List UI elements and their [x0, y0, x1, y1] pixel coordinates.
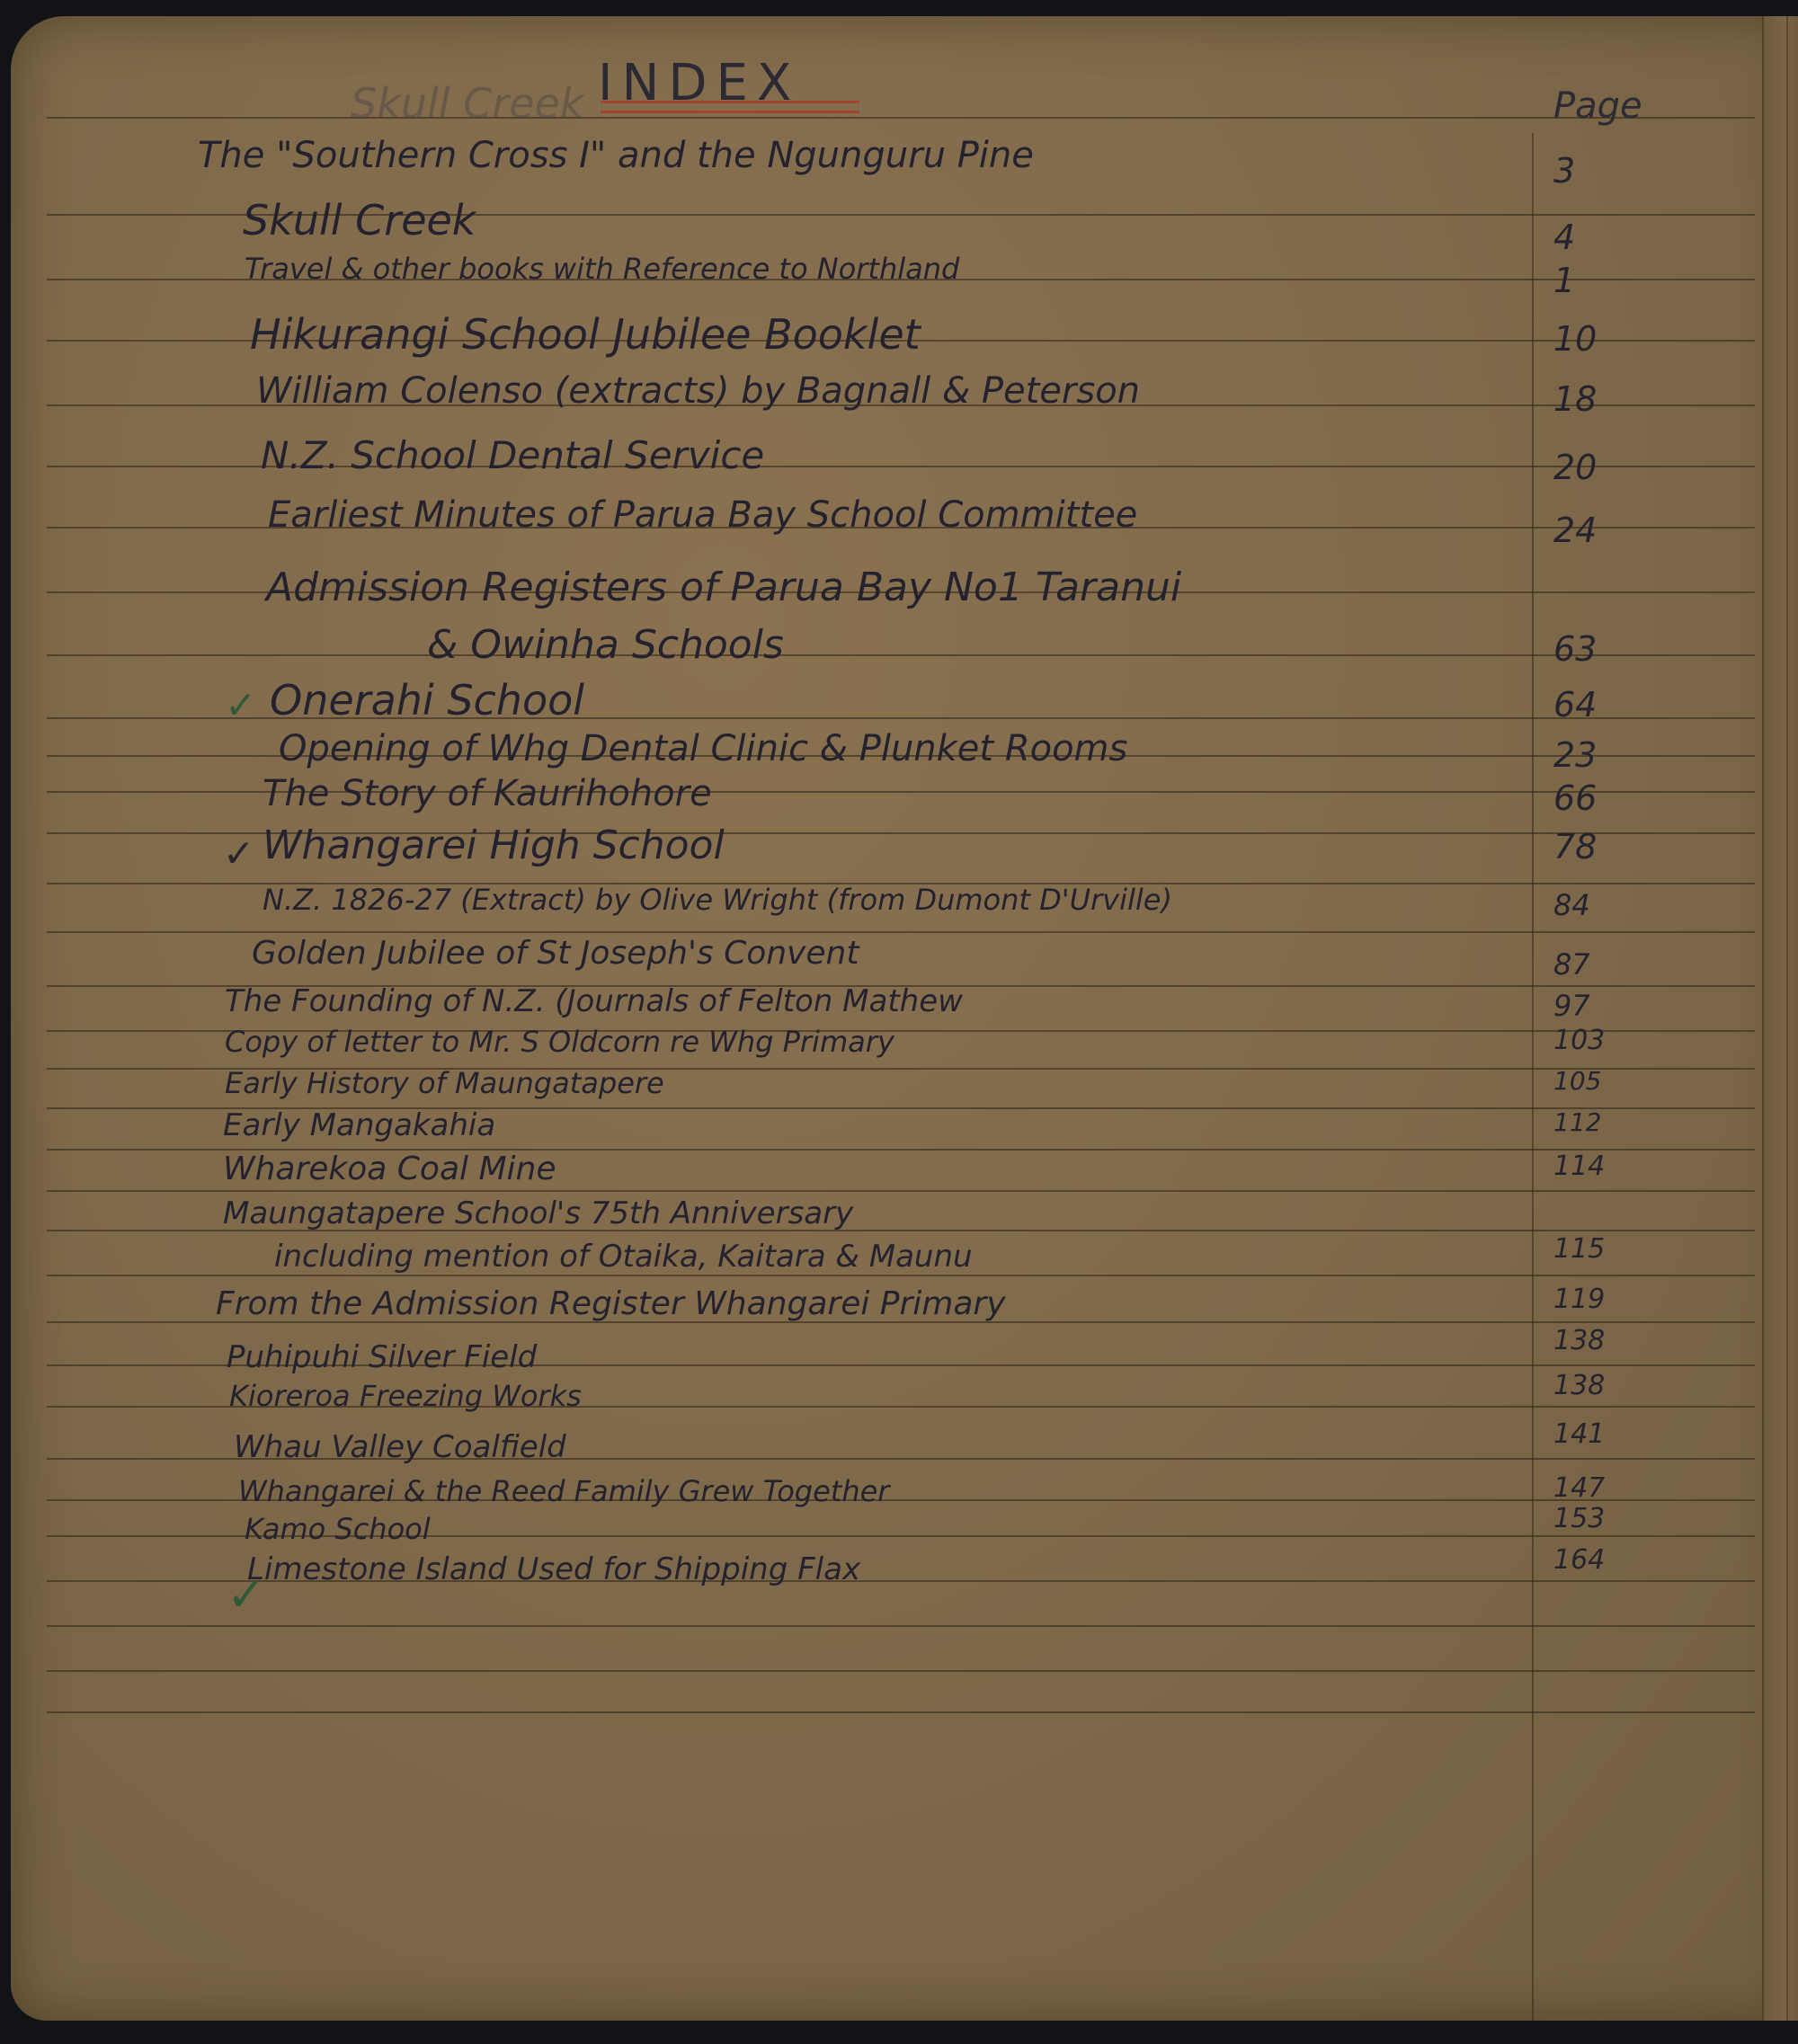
index-entry: & Owinha Schools — [427, 622, 784, 668]
page-number: 66 — [1553, 778, 1597, 818]
index-entry: Opening of Whg Dental Clinic & Plunket R… — [279, 728, 1127, 769]
spine-line — [1786, 16, 1788, 2021]
page-number: 64 — [1553, 685, 1597, 724]
page-number: 87 — [1553, 947, 1590, 982]
page-number: 112 — [1553, 1107, 1601, 1137]
page-number: 119 — [1553, 1284, 1605, 1315]
page-number: 103 — [1553, 1025, 1605, 1056]
index-entry: William Colenso (extracts) by Bagnall & … — [256, 370, 1140, 412]
page-number: 164 — [1553, 1544, 1605, 1576]
page-number: 78 — [1553, 827, 1597, 866]
page-number: 84 — [1553, 888, 1590, 922]
index-entry: including mention of Otaika, Kaitara & M… — [274, 1239, 973, 1275]
index-entry: Skull Creek — [243, 196, 476, 244]
page-number: 138 — [1553, 1370, 1605, 1401]
page-number: 10 — [1553, 319, 1597, 359]
page-number: 63 — [1553, 629, 1597, 669]
index-entry: Travel & other books with Reference to N… — [245, 252, 959, 286]
page-number: 153 — [1553, 1503, 1605, 1534]
index-entry: Copy of letter to Mr. S Oldcorn re Whg P… — [225, 1025, 895, 1059]
ruled-line — [47, 1275, 1755, 1276]
page-number: 138 — [1553, 1325, 1605, 1356]
index-entry: The "Southern Cross I" and the Ngunguru … — [198, 135, 1034, 176]
index-entry: Whangarei & the Reed Family Grew Togethe… — [238, 1474, 889, 1508]
index-entry: Kioreroa Freezing Works — [229, 1379, 582, 1413]
page-number: 147 — [1553, 1472, 1605, 1504]
page-number: 115 — [1553, 1233, 1605, 1265]
index-entry: The Story of Kaurihohore — [263, 773, 712, 814]
index-entry: Limestone Island Used for Shipping Flax — [247, 1551, 860, 1587]
checkmark-icon: ✓ — [223, 831, 254, 875]
page-number: 97 — [1553, 989, 1590, 1023]
page-number: 23 — [1553, 735, 1597, 775]
index-entry: The Founding of N.Z. (Journals of Felton… — [225, 983, 963, 1019]
page-number: 20 — [1553, 448, 1597, 487]
index-entry: Whau Valley Coalfield — [234, 1429, 566, 1465]
index-entry: Golden Jubilee of St Joseph's Convent — [252, 935, 859, 972]
page-number: 141 — [1553, 1418, 1605, 1450]
page-spine — [1762, 16, 1798, 2021]
page-number: 4 — [1553, 218, 1575, 257]
ruled-line — [47, 654, 1755, 656]
checkmark-icon: ✓ — [225, 683, 256, 727]
ruled-line — [47, 1670, 1755, 1672]
page-column-divider — [1532, 133, 1534, 2021]
page-column-header: Page — [1553, 85, 1642, 127]
ruled-line — [47, 931, 1755, 933]
page-number: 114 — [1553, 1151, 1605, 1182]
index-entry: N.Z. 1826-27 (Extract) by Olive Wright (… — [263, 883, 1172, 917]
index-entry: Early Mangakahia — [223, 1107, 495, 1143]
page-number: 3 — [1553, 151, 1575, 191]
index-entry: From the Admission Register Whangarei Pr… — [216, 1285, 1006, 1322]
index-entry: Hikurangi School Jubilee Booklet — [250, 310, 921, 359]
ruled-line — [47, 1625, 1755, 1627]
ruled-line — [47, 1190, 1755, 1192]
erased-pencil-text: Skull Creek — [351, 79, 583, 128]
index-entry: Early History of Maungatapere — [225, 1066, 664, 1100]
page-number: 18 — [1553, 379, 1597, 419]
title-underline — [601, 101, 859, 113]
index-entry: N.Z. School Dental Service — [261, 433, 764, 477]
page-number: 105 — [1553, 1066, 1601, 1096]
index-entry: Admission Registers of Parua Bay No1 Tar… — [266, 564, 1181, 610]
index-entry: Earliest Minutes of Parua Bay School Com… — [268, 494, 1137, 536]
page-number: 1 — [1553, 261, 1575, 300]
index-entry: Onerahi School — [270, 676, 584, 724]
index-entry: Kamo School — [245, 1512, 431, 1546]
ruled-line — [47, 1711, 1755, 1713]
index-entry: Maungatapere School's 75th Anniversary — [223, 1195, 853, 1231]
index-entry: Whangarei High School — [263, 822, 725, 868]
index-entry: Wharekoa Coal Mine — [223, 1151, 556, 1187]
ruled-line — [47, 117, 1755, 119]
index-entry: Puhipuhi Silver Field — [227, 1339, 537, 1375]
page-number: 24 — [1553, 511, 1597, 550]
